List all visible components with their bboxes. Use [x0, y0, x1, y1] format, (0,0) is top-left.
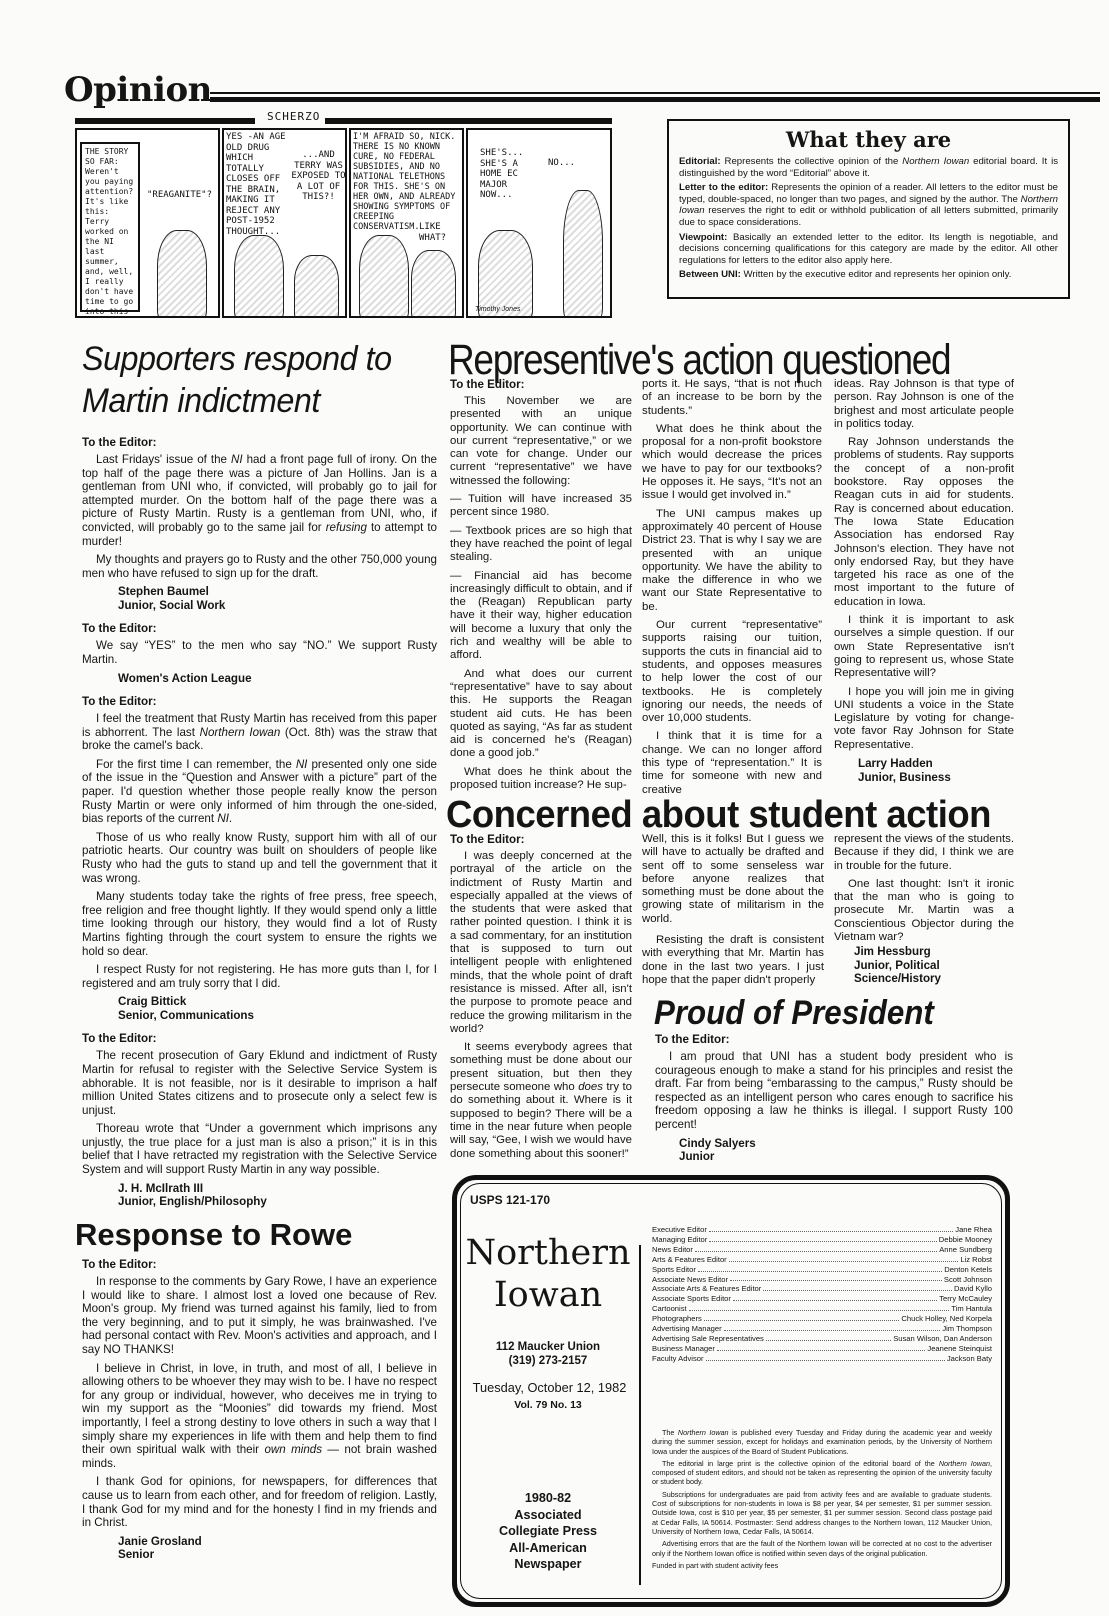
leader-dots [706, 1354, 945, 1361]
speech-balloon: YES -AN AGE OLD DRUG WHICH TOTALLY CLOSE… [226, 132, 288, 237]
note: The editorial in large print is the coll… [652, 1459, 992, 1487]
comic-strip: SCHERZO THE STORY SO FAR: Weren't you pa… [75, 118, 612, 318]
staff-row: Executive EditorJane Rhea [652, 1225, 992, 1235]
leader-dots [695, 1245, 937, 1252]
leader-dots [709, 1235, 936, 1242]
signature: Jim HessburgJunior, PoliticalScience/His… [834, 945, 1014, 986]
article-proud: To the Editor: I am proud that UNI has a… [655, 1033, 1013, 1174]
paragraph: Ray Johnson understands the problems of … [834, 436, 1014, 609]
signature: J. H. McIlrath IIIJunior, English/Philos… [82, 1182, 437, 1209]
paragraph: Well, this is it folks! But I guess we w… [642, 833, 824, 926]
staff-name: Liz Robst [960, 1255, 992, 1265]
staff-name: Jeanene Steinquist [927, 1344, 992, 1354]
paragraph: Our current “representative” supports ra… [642, 619, 822, 725]
paragraph: — Tuition will have increased 35 percent… [450, 493, 632, 520]
cartoonist-signature: Timothy Jones [475, 306, 520, 313]
speech-balloon: NO... [548, 158, 575, 169]
staff-role: Associate Sports Editor [652, 1294, 731, 1304]
box-title: What they are [679, 127, 1058, 152]
staff-row: PhotographersChuck Holley, Ned Korpela [652, 1314, 992, 1324]
salutation: To the Editor: [82, 622, 437, 636]
paragraph: What does he think about the proposal fo… [642, 423, 822, 503]
paragraph: ideas. Ray Johnson is that type of perso… [834, 378, 1014, 431]
staff-name: Scott Johnson [944, 1275, 992, 1285]
speech-balloon: I'M AFRAID SO, NICK. THERE IS NO KNOWN C… [353, 132, 463, 232]
publication-notes: The Northern Iowan is published every Tu… [652, 1428, 992, 1573]
newspaper-address: 112 Maucker Union(319) 273-2157 [458, 1340, 638, 1368]
article-representative-col-1: To the Editor: This November we are pres… [450, 378, 632, 797]
issue-volume: Vol. 79 No. 13 [458, 1399, 638, 1411]
staff-role: Faculty Advisor [652, 1354, 704, 1364]
staff-name: Jane Rhea [955, 1225, 992, 1235]
staff-row: Managing EditorDebbie Mooney [652, 1235, 992, 1245]
paragraph: We say “YES” to the men who say “NO.” We… [82, 639, 437, 666]
character-figure [478, 230, 533, 318]
comic-panel-1: THE STORY SO FAR: Weren't you paying att… [75, 128, 220, 318]
paragraph: I believe in Christ, in love, in truth, … [82, 1362, 437, 1471]
paragraph: It seems everybody agrees that something… [450, 1041, 632, 1161]
salutation: To the Editor: [450, 378, 632, 392]
leader-dots [698, 1265, 942, 1272]
staff-name: Debbie Mooney [939, 1235, 992, 1245]
speech-balloon: "REAGANITE"? [147, 190, 212, 201]
staff-name: Denton Ketels [944, 1265, 992, 1275]
signature: Craig BittickSenior, Communications [82, 995, 437, 1022]
article-concerned-col-3: represent the views of the students. Bec… [834, 833, 1014, 996]
issue-date: Tuesday, October 12, 1982 [452, 1380, 647, 1395]
paragraph: — Financial aid has become increasingly … [450, 570, 632, 663]
staff-name: Susan Wilson, Dan Anderson [893, 1334, 992, 1344]
article-rowe: To the Editor: In response to the commen… [82, 1258, 437, 1572]
character-figure [294, 255, 339, 318]
salutation: To the Editor: [82, 436, 437, 450]
paragraph: Thoreau wrote that “Under a government w… [82, 1122, 437, 1176]
paragraph: represent the views of the students. Bec… [834, 833, 1014, 873]
note: Advertising errors that are the fault of… [652, 1539, 992, 1558]
definition-between-uni: Between UNI: Written by the executive ed… [679, 269, 1058, 281]
comic-panel-4: SHE'S... SHE'S A HOME EC MAJOR NOW... NO… [466, 128, 612, 318]
paragraph: ports it. He says, “that is not much of … [642, 378, 822, 418]
paragraph: I hope you will join me in giving UNI st… [834, 686, 1014, 752]
character-figure [157, 230, 207, 318]
staff-name: Chuck Holley, Ned Korpela [901, 1314, 992, 1324]
article-representative-col-3: ideas. Ray Johnson is that type of perso… [834, 378, 1014, 794]
salutation: To the Editor: [82, 1032, 437, 1046]
staff-row: Advertising Sale RepresentativesSusan Wi… [652, 1334, 992, 1344]
staff-row: Business ManagerJeanene Steinquist [652, 1344, 992, 1354]
paragraph: — Textbook prices are so high that they … [450, 525, 632, 565]
signature: Stephen BaumelJunior, Social Work [82, 585, 437, 612]
paragraph: What does he think about the proposed tu… [450, 766, 632, 793]
staff-name: Terry McCauley [939, 1294, 992, 1304]
staff-row: Associate Arts & Features EditorDavid Ky… [652, 1284, 992, 1294]
leader-dots [730, 1275, 942, 1282]
paragraph: Last Fridays' issue of the NI had a fron… [82, 453, 437, 548]
staff-list: Executive EditorJane RheaManaging Editor… [652, 1225, 992, 1364]
signature: Women's Action League [82, 672, 437, 686]
staff-row: News EditorAnne Sundberg [652, 1245, 992, 1255]
salutation: To the Editor: [82, 1258, 437, 1272]
staff-name: Jackson Baty [947, 1354, 992, 1364]
note: The Northern Iowan is published every Tu… [652, 1428, 992, 1456]
staff-row: Arts & Features EditorLiz Robst [652, 1255, 992, 1265]
staff-role: Associate News Editor [652, 1275, 728, 1285]
comic-bar-right [325, 118, 612, 124]
speech-balloon: SHE'S... SHE'S A HOME EC MAJOR NOW... [480, 148, 530, 201]
leader-dots [733, 1294, 937, 1301]
paragraph: And what does our current “representativ… [450, 668, 632, 761]
headline-concerned: Concerned about student action [446, 795, 991, 835]
speech-balloon: LIKE WHAT? [419, 222, 462, 243]
paragraph: I am proud that UNI has a student body p… [655, 1050, 1013, 1132]
staff-role: Cartoonist [652, 1304, 687, 1314]
staff-name: Anne Sundberg [939, 1245, 992, 1255]
staff-row: Associate News EditorScott Johnson [652, 1275, 992, 1285]
definition-letter: Letter to the editor: Represents the opi… [679, 182, 1058, 228]
staff-role: Associate Arts & Features Editor [652, 1284, 761, 1294]
character-figure [411, 250, 456, 318]
signature: Janie GroslandSenior [82, 1535, 437, 1562]
leader-dots [689, 1304, 950, 1311]
press-award: 1980-82AssociatedCollegiate PressAll-Ame… [458, 1490, 638, 1573]
staff-name: Jim Thompson [942, 1324, 992, 1334]
leader-dots [724, 1324, 941, 1331]
note: Subscriptions for undergraduates are pai… [652, 1490, 992, 1536]
paragraph: I think it is important to ask ourselves… [834, 614, 1014, 680]
staff-row: Associate Sports EditorTerry McCauley [652, 1294, 992, 1304]
section-title: Opinion [64, 70, 212, 110]
staff-row: CartoonistTim Hantula [652, 1304, 992, 1314]
character-figure [359, 235, 409, 318]
headline-representative: Representive's action questioned [448, 337, 998, 383]
staff-role: News Editor [652, 1245, 693, 1255]
paragraph: One last thought: Isn't it ironic that t… [834, 878, 1014, 944]
salutation: To the Editor: [450, 833, 632, 847]
definition-viewpoint: Viewpoint: Basically an extended letter … [679, 232, 1058, 267]
staff-name: David Kyllo [954, 1284, 992, 1294]
note: Funded in part with student activity fee… [652, 1561, 992, 1570]
definition-editorial: Editorial: Represents the collective opi… [679, 156, 1058, 179]
leader-dots [709, 1225, 953, 1232]
leader-dots [763, 1284, 952, 1291]
comic-panel-3: I'M AFRAID SO, NICK. THERE IS NO KNOWN C… [349, 128, 464, 318]
staff-row: Sports EditorDenton Ketels [652, 1265, 992, 1275]
paragraph: My thoughts and prayers go to Rusty and … [82, 553, 437, 580]
article-concerned-col-1: To the Editor: I was deeply concerned at… [450, 833, 632, 1166]
staff-name: Tim Hantula [951, 1304, 992, 1314]
paragraph: The recent prosecution of Gary Eklund an… [82, 1049, 437, 1117]
what-they-are-box: What they are Editorial: Represents the … [667, 119, 1070, 299]
paragraph: I respect Rusty for not registering. He … [82, 963, 437, 990]
paragraph: For the first time I can remember, the N… [82, 758, 437, 826]
staff-row: Faculty AdvisorJackson Baty [652, 1354, 992, 1364]
paragraph: I think that it is time for a change. We… [642, 730, 822, 796]
staff-role: Managing Editor [652, 1235, 707, 1245]
comic-caption: THE STORY SO FAR: Weren't you paying att… [80, 142, 140, 312]
newspaper-name: NorthernIowan [458, 1232, 638, 1316]
article-representative-col-2: ports it. He says, “that is not much of … [642, 378, 822, 802]
paragraph: Resisting the draft is consistent with e… [642, 934, 824, 987]
usps-number: USPS 121-170 [470, 1193, 550, 1207]
signature: Cindy SalyersJunior [655, 1137, 1013, 1164]
staff-row: Advertising ManagerJim Thompson [652, 1324, 992, 1334]
article-supporters: To the Editor: Last Fridays' issue of th… [82, 436, 437, 1219]
paragraph: Many students today take the rights of f… [82, 890, 437, 958]
comic-bar-left [75, 118, 255, 124]
speech-balloon: ...AND TERRY WAS EXPOSED TO A LOT OF THI… [291, 150, 346, 203]
staff-role: Advertising Sale Representatives [652, 1334, 764, 1344]
paragraph: I feel the treatment that Rusty Martin h… [82, 712, 437, 753]
paragraph: This November we are presented with an u… [450, 395, 632, 488]
character-figure [563, 190, 603, 318]
headline-proud: Proud of President [654, 995, 934, 1031]
article-concerned-col-2: Well, this is it folks! But I guess we w… [642, 833, 824, 992]
masthead-divider [639, 1245, 641, 1585]
staff-role: Arts & Features Editor [652, 1255, 727, 1265]
headline-supporters: Supporters respond to Martin indictment [82, 338, 405, 422]
leader-dots [717, 1344, 925, 1351]
salutation: To the Editor: [82, 695, 437, 709]
staff-role: Advertising Manager [652, 1324, 722, 1334]
salutation: To the Editor: [655, 1033, 1013, 1047]
leader-dots [729, 1255, 959, 1262]
section-rule [210, 92, 1100, 102]
leader-dots [704, 1314, 900, 1321]
character-figure [234, 235, 284, 318]
paragraph: Those of us who really know Rusty, suppo… [82, 831, 437, 885]
staff-role: Sports Editor [652, 1265, 696, 1275]
paragraph: I thank God for opinions, for newspapers… [82, 1475, 437, 1529]
staff-role: Photographers [652, 1314, 702, 1324]
comic-panel-2: YES -AN AGE OLD DRUG WHICH TOTALLY CLOSE… [222, 128, 347, 318]
comic-title: SCHERZO [263, 110, 324, 123]
leader-dots [766, 1334, 891, 1341]
signature: Larry HaddenJunior, Business [834, 757, 1014, 784]
staff-role: Executive Editor [652, 1225, 707, 1235]
paragraph: I was deeply concerned at the portrayal … [450, 850, 632, 1036]
staff-role: Business Manager [652, 1344, 715, 1354]
headline-rowe: Response to Rowe [75, 1218, 352, 1252]
paragraph: The UNI campus makes up approximately 40… [642, 508, 822, 614]
paragraph: In response to the comments by Gary Rowe… [82, 1275, 437, 1357]
